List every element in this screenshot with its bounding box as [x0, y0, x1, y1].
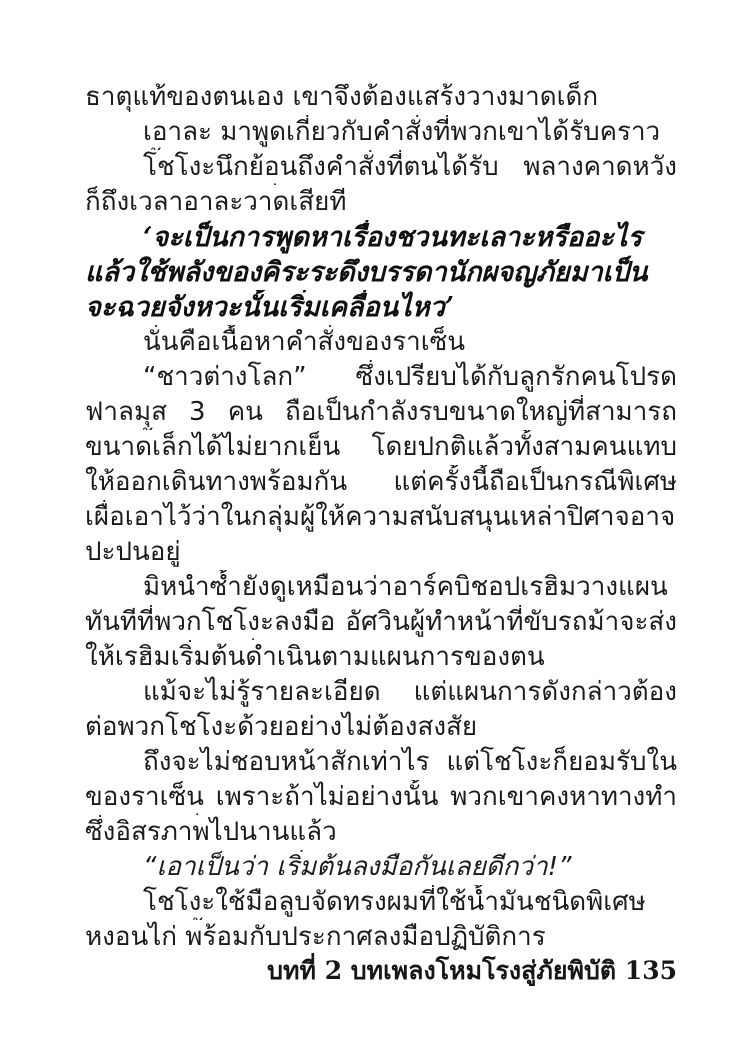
text-line: “ชาวต่างโลก” ซึ่งเปรียบได้กับลูกรักคนโปร…: [85, 360, 677, 395]
text-line: แล้วใช้พลังของคิระระดึงบรรดานักผจญภัยมาเ…: [85, 255, 677, 290]
text-line: เอาละ มาพูดเกี่ยวกับคำสั่งที่พวกเขาได้รั…: [85, 115, 677, 150]
chapter-footer-text: บทที่ 2 บทเพลงโหมโรงสู่ภัยพิบัติ 135: [267, 956, 677, 985]
text-line: หงอนไก่ พร้อมกับประกาศลงมือปฏิบัติการ: [85, 920, 677, 955]
text-line: ปะปนอยู่: [85, 535, 677, 570]
text-line: นั่นคือเนื้อหาคำสั่งของราเซ็น: [85, 325, 677, 360]
text-line: เผื่อเอาไว้ว่าในกลุ่มผู้ให้ความสนับสนุนเ…: [85, 500, 677, 535]
text-line: ซึ่งอิสรภาพไปนานแล้ว: [85, 815, 677, 850]
book-page: ธาตุแท้ของตนเอง เขาจึงต้องแสร้งวางมาดเด็…: [0, 0, 738, 1051]
text-line: แม้จะไม่รู้รายละเอียด แต่แผนการดังกล่าวต…: [85, 675, 677, 710]
text-line: “เอาเป็นว่า เริ่มต้นลงมือกันเลยดีกว่า!”: [85, 850, 677, 885]
text-line: โชโงะใช้มือลูบจัดทรงผมที่ใช้น้ำมันชนิดพิ…: [85, 885, 677, 920]
text-line: จะฉวยจังหวะนั้นเริ่มเคลื่อนไหว’: [85, 290, 677, 325]
text-line: ‘จะเป็นการพูดหาเรื่องชวนทะเลาะหรืออะไรก็…: [85, 220, 677, 255]
text-line: ถึงจะไม่ชอบหน้าสักเท่าไร แต่โชโงะก็ยอมรั…: [85, 745, 677, 780]
text-line: ทันทีที่พวกโชโงะลงมือ อัศวินผู้ทำหน้าที่…: [85, 605, 677, 640]
text-line: ให้ออกเดินทางพร้อมกัน แต่ครั้งนี้ถือเป็น…: [85, 465, 677, 500]
text-line: ก็ถึงเวลาอาละวาดเสียที: [85, 185, 677, 220]
text-line: มิหนำซ้ำยังดูเหมือนว่าอาร์คบิชอปเรฮิมวาง…: [85, 570, 677, 605]
text-line: ต่อพวกโชโงะด้วยอย่างไม่ต้องสงสัย: [85, 710, 677, 745]
text-line: ให้เรฮิมเริ่มต้นดำเนินตามแผนการของตน: [85, 640, 677, 675]
text-line: โชโงะนึกย้อนถึงคำสั่งที่ตนได้รับ พลางคาด…: [85, 150, 677, 185]
text-line: ฟาลมุส 3 คน ถือเป็นกำลังรบขนาดใหญ่ที่สาม…: [85, 395, 677, 430]
page-text: ธาตุแท้ของตนเอง เขาจึงต้องแสร้งวางมาดเด็…: [85, 80, 677, 955]
text-line: ธาตุแท้ของตนเอง เขาจึงต้องแสร้งวางมาดเด็…: [85, 80, 677, 115]
text-line: ของราเซ็น เพราะถ้าไม่อย่างนั้น พวกเขาคงห…: [85, 780, 677, 815]
page-footer: บทที่ 2 บทเพลงโหมโรงสู่ภัยพิบัติ 135: [85, 953, 677, 989]
text-line: ขนาดเล็กได้ไม่ยากเย็น โดยปกติแล้วทั้งสาม…: [85, 430, 677, 465]
